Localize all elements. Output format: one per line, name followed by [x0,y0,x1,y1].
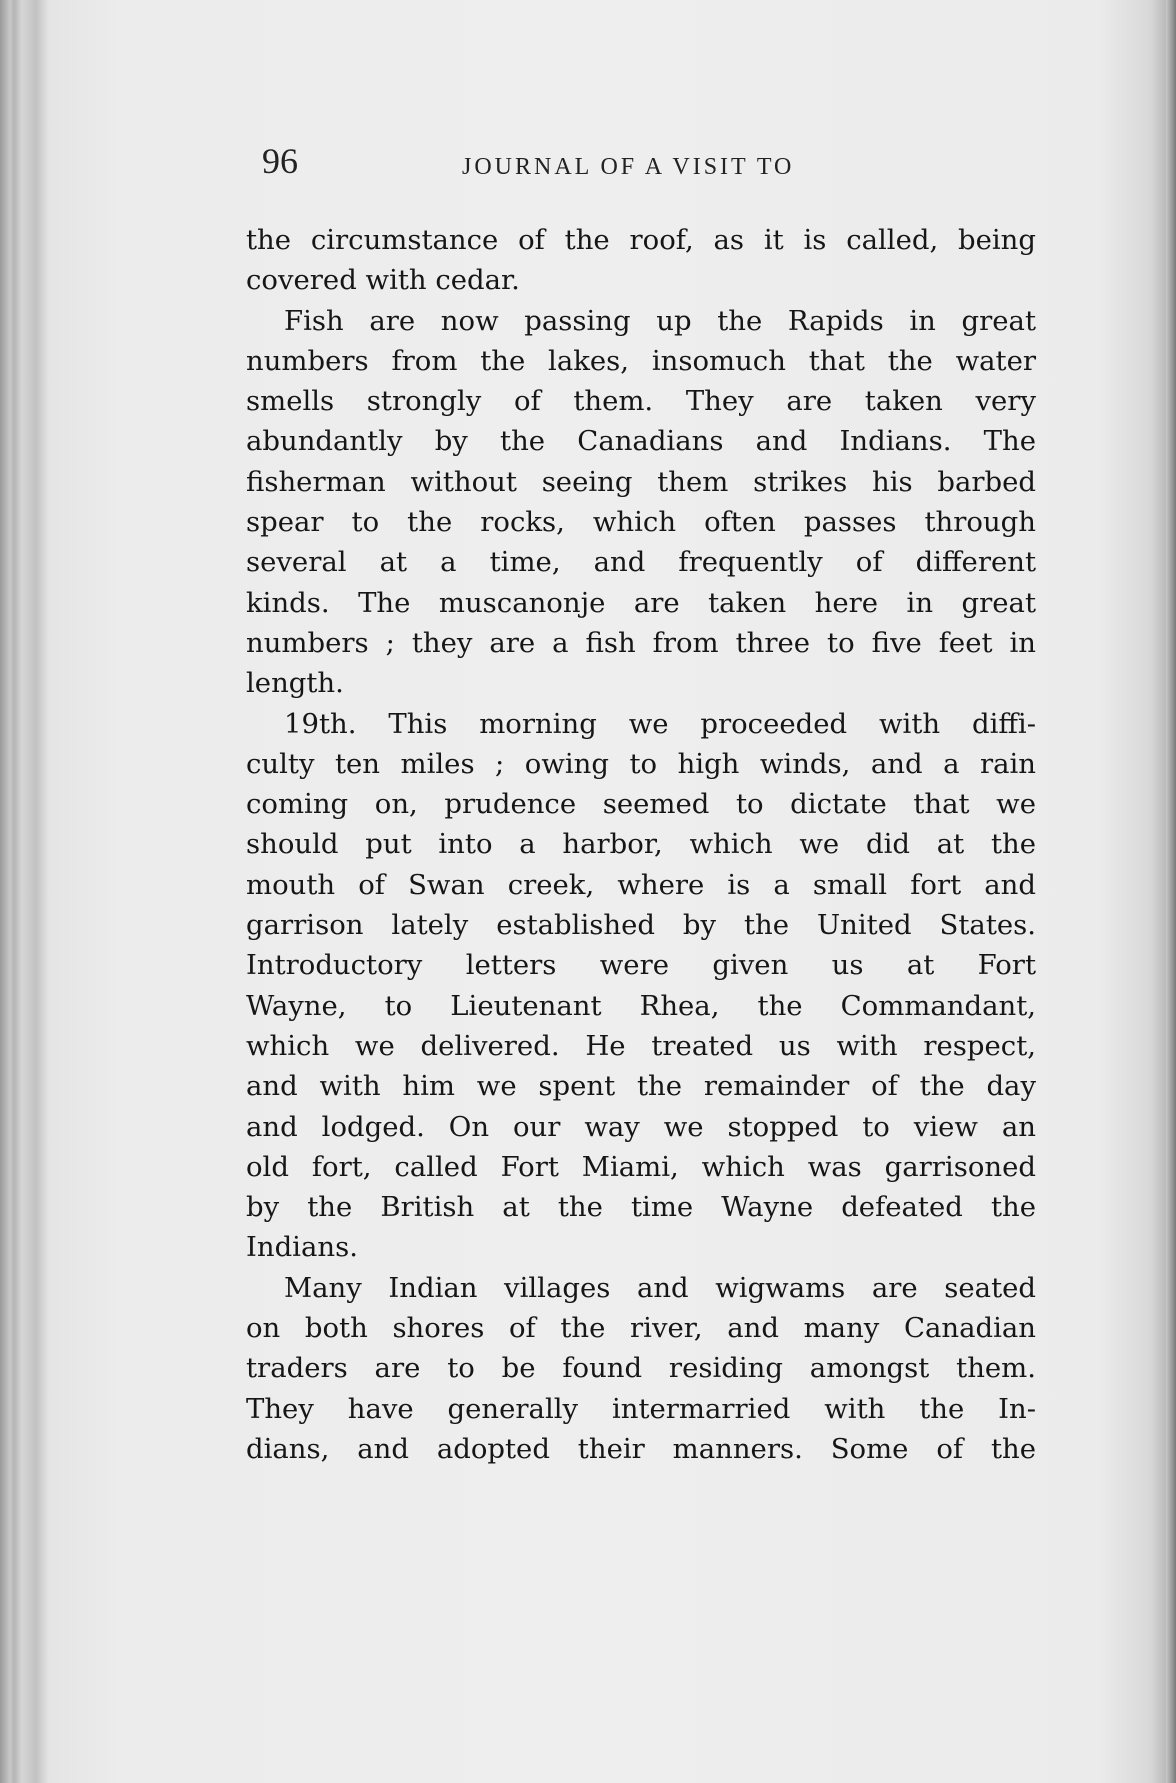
text-line: length. [246,663,1036,703]
body-text: the circumstance of the roof, as it is c… [246,220,1036,1469]
text-line: should put into a harbor, which we did a… [246,824,1036,864]
text-line: old fort, called Fort Miami, which was g… [246,1147,1036,1187]
page-edge [1166,0,1176,1783]
text-line: mouth of Swan creek, where is a small fo… [246,865,1036,905]
text-line: and lodged. On our way we stopped to vie… [246,1107,1036,1147]
page-number: 96 [262,140,298,182]
text-line: the circumstance of the roof, as it is c… [246,220,1036,260]
text-line: fisherman without seeing them strikes hi… [246,462,1036,502]
text-line: numbers ; they are a fish from three to … [246,623,1036,663]
text-line: Introductory letters were given us at Fo… [246,945,1036,985]
page-header: 96 JOURNAL OF A VISIT TO [262,140,862,180]
text-line: traders are to be found residing amongst… [246,1348,1036,1388]
text-line: abundantly by the Canadians and Indians.… [246,421,1036,461]
text-line: Indians. [246,1227,1036,1267]
book-page: 96 JOURNAL OF A VISIT TO the circumstanc… [0,0,1176,1783]
text-line: garrison lately established by the Unite… [246,905,1036,945]
page-gutter [0,0,48,1783]
text-line: dians, and adopted their manners. Some o… [246,1429,1036,1469]
text-line: several at a time, and frequently of dif… [246,542,1036,582]
text-line: by the British at the time Wayne defeate… [246,1187,1036,1227]
text-line: They have generally intermarried with th… [246,1389,1036,1429]
text-line: kinds. The muscanonje are taken here in … [246,583,1036,623]
running-title: JOURNAL OF A VISIT TO [462,154,794,181]
text-line: covered with cedar. [246,260,1036,300]
text-line: and with him we spent the remainder of t… [246,1066,1036,1106]
text-line: on both shores of the river, and many Ca… [246,1308,1036,1348]
text-line: spear to the rocks, which often passes t… [246,502,1036,542]
text-line: smells strongly of them. They are taken … [246,381,1036,421]
text-line: Fish are now passing up the Rapids in gr… [246,301,1036,341]
text-line: Many Indian villages and wigwams are sea… [246,1268,1036,1308]
text-line: numbers from the lakes, insomuch that th… [246,341,1036,381]
text-line: culty ten miles ; owing to high winds, a… [246,744,1036,784]
text-line: which we delivered. He treated us with r… [246,1026,1036,1066]
text-line: Wayne, to Lieutenant Rhea, the Commandan… [246,986,1036,1026]
text-line: coming on, prudence seemed to dictate th… [246,784,1036,824]
text-line: 19th. This morning we proceeded with dif… [246,704,1036,744]
